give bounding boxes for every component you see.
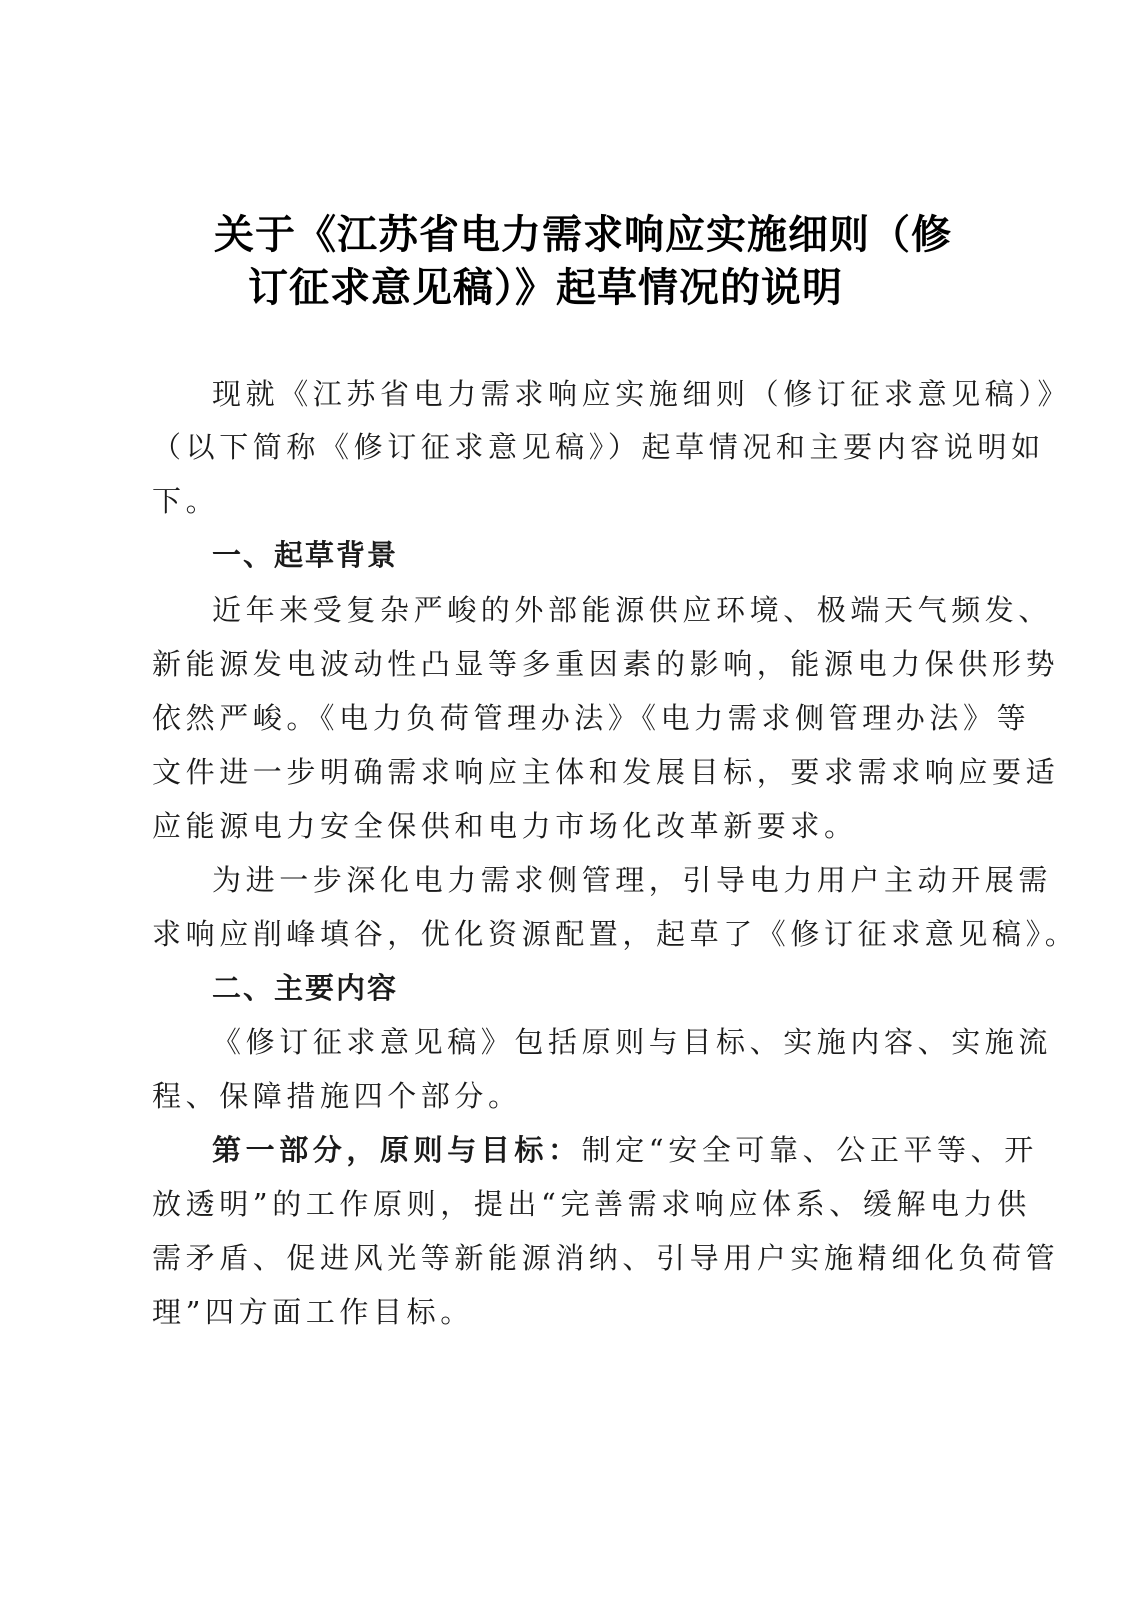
- section-1-para1-line-4: 文件进一步明确需求响应主体和发展目标，要求需求响应要适: [152, 752, 1059, 792]
- part-one-lead: 第一部分，原则与目标：: [212, 1133, 582, 1167]
- intro-line-1: 现就《江苏省电力需求响应实施细则（修订征求意见稿）》: [212, 374, 1071, 414]
- section-1-para1-line-5: 应能源电力安全保供和电力市场化改革新要求。: [152, 806, 858, 846]
- intro-line-2: （以下简称《修订征求意见稿》）起草情况和主要内容说明如: [152, 427, 1045, 467]
- document-title-line-2: 订征求意见稿）》起草情况的说明: [248, 256, 843, 313]
- section-1-heading: 一、起草背景: [212, 535, 398, 575]
- section-1-para1-line-2: 新能源发电波动性凸显等多重因素的影响，能源电力保供形势: [152, 644, 1059, 684]
- section-1-para1-line-3: 依然严峻。《电力负荷管理办法》《电力需求侧管理办法》等: [152, 698, 1030, 738]
- document-page: 关于《江苏省电力需求响应实施细则（修 订征求意见稿）》起草情况的说明 现就《江苏…: [0, 0, 1140, 1612]
- section-2-heading: 二、主要内容: [212, 968, 398, 1008]
- section-2-para2-line-3: 需矛盾、促进风光等新能源消纳、引导用户实施精细化负荷管: [152, 1238, 1059, 1278]
- section-2-para1-line-1: 《修订征求意见稿》包括原则与目标、实施内容、实施流: [212, 1022, 1052, 1062]
- section-1-para2-line-2: 求响应削峰填谷，优化资源配置，起草了《修订征求意见稿》。: [152, 914, 1078, 954]
- section-2-para1-line-2: 程、保障措施四个部分。: [152, 1076, 522, 1116]
- document-title-line-1: 关于《江苏省电力需求响应实施细则（修: [214, 203, 952, 260]
- section-2-para2-line-2: 放透明”的工作原则，提出“完善需求响应体系、缓解电力供: [152, 1184, 1031, 1224]
- section-2-para2-line-4: 理”四方面工作目标。: [152, 1292, 474, 1332]
- section-1-para2-line-1: 为进一步深化电力需求侧管理，引导电力用户主动开展需: [212, 860, 1052, 900]
- intro-line-3: 下。: [152, 481, 219, 521]
- section-1-para1-line-1: 近年来受复杂严峻的外部能源供应环境、极端天气频发、: [212, 590, 1052, 630]
- section-2-para2-line-1: 第一部分，原则与目标：制定“安全可靠、公正平等、开: [212, 1130, 1038, 1170]
- part-one-lead-rest: 制定“安全可靠、公正平等、开: [582, 1133, 1038, 1167]
